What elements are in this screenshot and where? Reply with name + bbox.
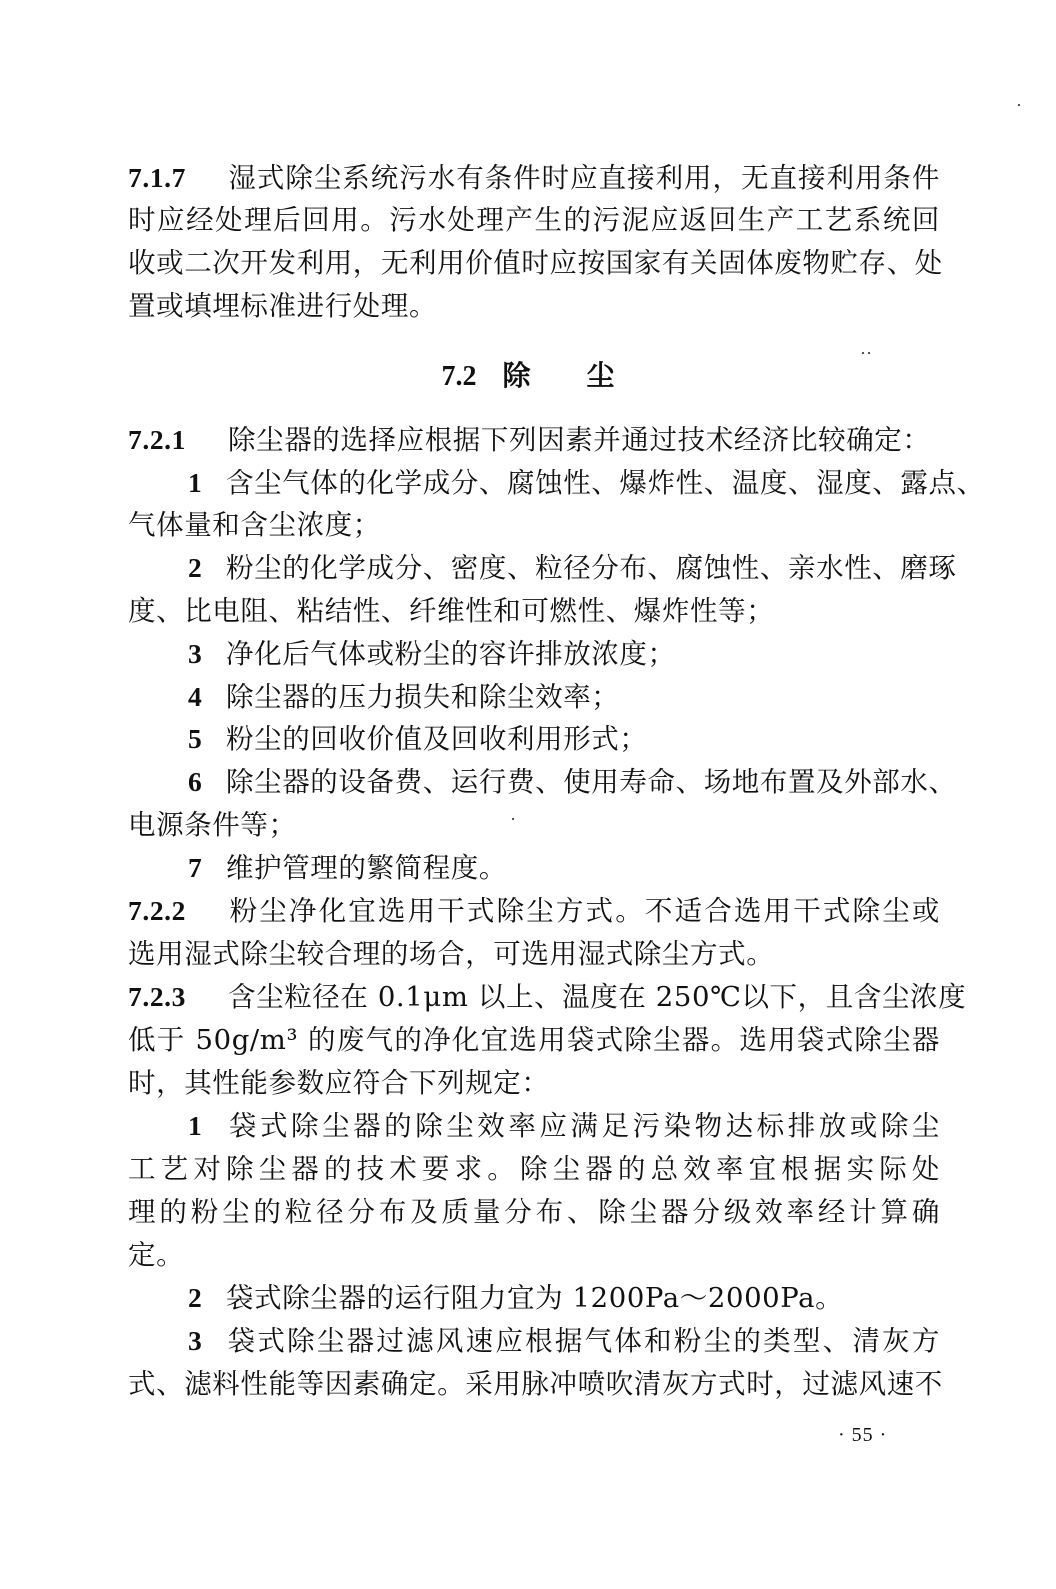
clause-text: 除尘器的选择应根据下列因素并通过技术经济比较确定： <box>228 424 931 456</box>
section-title-part-1: 除 <box>502 359 530 392</box>
list-item-6-line-2: 电源条件等； <box>128 805 940 845</box>
item-text: 含尘气体的化学成分、腐蚀性、爆炸性、温度、湿度、露点、 <box>226 467 985 499</box>
clause-text: 含尘粒径在 0.1μm 以上、温度在 250℃以下，且含尘浓度 <box>228 981 966 1013</box>
list-item-7: 7维护管理的繁简程度。 <box>188 848 940 888</box>
item-number: 4 <box>188 677 226 717</box>
item-text: 袋式除尘器过滤风速应根据气体和粉尘的类型、清灰方 <box>226 1325 940 1357</box>
list-item-5: 5粉尘的回收价值及回收利用形式； <box>188 719 940 759</box>
item-text: 除尘器的压力损失和除尘效率； <box>226 681 619 713</box>
clause-7-2-3-line-3: 时，其性能参数应符合下列规定： <box>128 1063 940 1103</box>
clause-7-1-7-line-4: 置或填埋标准进行处理。 <box>128 286 940 326</box>
list-item-1-line-2: 气体量和含尘浓度； <box>128 505 940 545</box>
clause-7-2-3-line-2: 低于 50g/m³ 的废气的净化宜选用袋式除尘器。选用袋式除尘器 <box>128 1020 940 1060</box>
clause-7-2-3-line-1: 7.2.3含尘粒径在 0.1μm 以上、温度在 250℃以下，且含尘浓度 <box>128 977 940 1017</box>
clause-number: 7.1.7 <box>128 158 228 198</box>
item-number: 5 <box>188 719 226 759</box>
item-number: 2 <box>188 1278 226 1318</box>
clause-number: 7.2.2 <box>128 891 228 931</box>
section-heading-7-2: 7.2除尘 <box>0 356 1056 397</box>
item-number: 6 <box>188 762 226 802</box>
list-item-3: 3净化后气体或粉尘的容许排放浓度； <box>188 634 940 674</box>
list-item-2-line-2: 度、比电阻、粘结性、纤维性和可燃性、爆炸性等； <box>128 591 940 631</box>
list-item-1-line-1: 1含尘气体的化学成分、腐蚀性、爆炸性、温度、湿度、露点、 <box>188 463 940 503</box>
subitem-1-line-1: 1袋式除尘器的除尘效率应满足污染物达标排放或除尘 <box>188 1106 940 1146</box>
item-number: 1 <box>188 1106 226 1146</box>
subitem-3-line-1: 3袋式除尘器过滤风速应根据气体和粉尘的类型、清灰方 <box>188 1321 940 1361</box>
list-item-6-line-1: 6除尘器的设备费、运行费、使用寿命、场地布置及外部水、 <box>188 762 940 802</box>
subitem-1-line-2: 工艺对除尘器的技术要求。除尘器的总效率宜根据实际处 <box>128 1149 940 1189</box>
subitem-2: 2袋式除尘器的运行阻力宜为 1200Pa～2000Pa。 <box>188 1278 940 1318</box>
item-text: 粉尘的化学成分、密度、粒径分布、腐蚀性、亲水性、磨琢 <box>226 552 957 584</box>
item-text: 维护管理的繁简程度。 <box>226 852 507 884</box>
page-number: · 55 · <box>838 1420 887 1450</box>
list-item-4: 4除尘器的压力损失和除尘效率； <box>188 677 940 717</box>
clause-7-2-2-line-2: 选用湿式除尘较合理的场合，可选用湿式除尘方式。 <box>128 934 940 974</box>
item-number: 3 <box>188 634 226 674</box>
section-title-part-2: 尘 <box>587 359 615 392</box>
document-page: 7.1.7湿式除尘系统污水有条件时应直接利用，无直接利用条件 时应经处理后回用。… <box>0 0 1056 1589</box>
clause-text: 粉尘净化宜选用干式除尘方式。不适合选用干式除尘或 <box>228 895 940 927</box>
clause-7-1-7-line-2: 时应经处理后回用。污水处理产生的污泥应返回生产工艺系统回 <box>128 200 940 240</box>
subitem-1-line-4: 定。 <box>128 1235 940 1275</box>
clause-text: 湿式除尘系统污水有条件时应直接利用，无直接利用条件 <box>228 162 940 194</box>
subitem-3-line-2: 式、滤料性能等因素确定。采用脉冲喷吹清灰方式时，过滤风速不 <box>128 1364 940 1404</box>
clause-7-1-7-line-1: 7.1.7湿式除尘系统污水有条件时应直接利用，无直接利用条件 <box>128 158 940 198</box>
clause-7-2-2-line-1: 7.2.2粉尘净化宜选用干式除尘方式。不适合选用干式除尘或 <box>128 891 940 931</box>
section-number: 7.2 <box>441 361 476 392</box>
scan-speck <box>1018 104 1020 106</box>
item-number: 3 <box>188 1321 226 1361</box>
item-text: 粉尘的回收价值及回收利用形式； <box>226 723 648 755</box>
item-number: 2 <box>188 548 226 588</box>
clause-number: 7.2.3 <box>128 977 228 1017</box>
item-number: 1 <box>188 463 226 503</box>
item-text: 净化后气体或粉尘的容许排放浓度； <box>226 638 676 670</box>
clause-7-1-7-line-3: 收或二次开发利用，无利用价值时应按国家有关固体废物贮存、处 <box>128 243 940 283</box>
scan-speck <box>512 818 514 820</box>
list-item-2-line-1: 2粉尘的化学成分、密度、粒径分布、腐蚀性、亲水性、磨琢 <box>188 548 940 588</box>
subitem-1-line-3: 理的粉尘的粒径分布及质量分布、除尘器分级效率经计算确 <box>128 1192 940 1232</box>
scan-speck <box>862 352 864 354</box>
clause-7-2-1-intro: 7.2.1除尘器的选择应根据下列因素并通过技术经济比较确定： <box>128 420 940 460</box>
item-text: 除尘器的设备费、运行费、使用寿命、场地布置及外部水、 <box>226 766 957 798</box>
scan-speck <box>868 352 870 354</box>
item-number: 7 <box>188 848 226 888</box>
item-text: 袋式除尘器的除尘效率应满足污染物达标排放或除尘 <box>226 1110 940 1142</box>
item-text: 袋式除尘器的运行阻力宜为 1200Pa～2000Pa。 <box>226 1282 843 1314</box>
clause-number: 7.2.1 <box>128 420 228 460</box>
